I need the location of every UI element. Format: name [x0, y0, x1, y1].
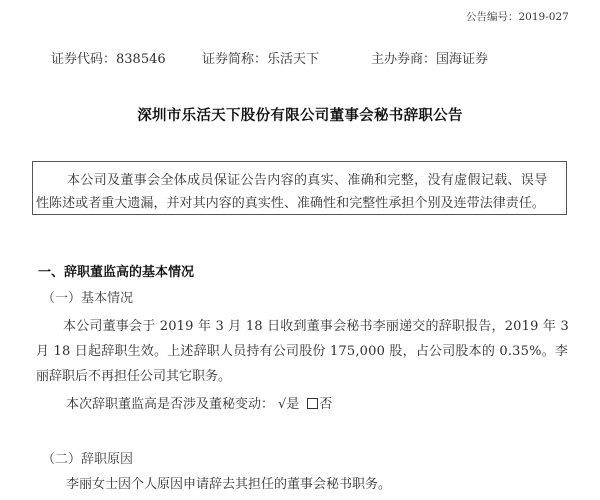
subsection-heading-reason: （二）辞职原因 — [42, 448, 133, 467]
paragraph-line: 本公司董事会于 2019 年 3 月 18 日收到董事会秘书李丽递交的辞职报告，… — [63, 315, 569, 334]
stock-short-name: 证券简称：乐活天下 — [202, 48, 319, 67]
subsection-heading-basic: （一）基本情况 — [42, 287, 133, 306]
section-heading-basic-info: 一、辞职董监高的基本情况 — [38, 261, 194, 280]
secretary-change-question: 本次辞职董监高是否涉及董秘变动：√是否 — [66, 393, 332, 412]
disclaimer-box: 本公司及董事会全体成员保证公告内容的真实、准确和完整，没有虚假记载、误导 性陈述… — [32, 161, 567, 215]
paragraph-line: 丽辞职后不再担任公司其它职务。 — [36, 365, 231, 384]
option-yes-label: 是 — [286, 397, 299, 412]
option-no-label: 否 — [319, 397, 332, 412]
question-label: 本次辞职董监高是否涉及董秘变动： — [66, 397, 274, 412]
disclaimer-line-2: 性陈述或者重大遗漏，并对其内容的真实性、准确性和完整性承担个别及连带法律责任。 — [36, 192, 545, 211]
document-title: 深圳市乐活天下股份有限公司董事会秘书辞职公告 — [0, 104, 600, 125]
disclaimer-line-1: 本公司及董事会全体成员保证公告内容的真实、准确和完整，没有虚假记载、误导 — [67, 169, 548, 188]
lead-broker: 主办券商：国海证券 — [371, 48, 488, 67]
empty-checkbox-icon — [307, 398, 318, 409]
paragraph-line: 月 18 日起辞职生效。上述辞职人员持有公司股份 175,000 股，占公司股本… — [36, 340, 568, 359]
stock-code: 证券代码：838546 — [51, 48, 166, 67]
resignation-reason: 李丽女士因个人原因申请辞去其担任的董事会秘书职务。 — [66, 473, 391, 492]
announcement-number: 公告编号：2019-027 — [466, 9, 569, 24]
